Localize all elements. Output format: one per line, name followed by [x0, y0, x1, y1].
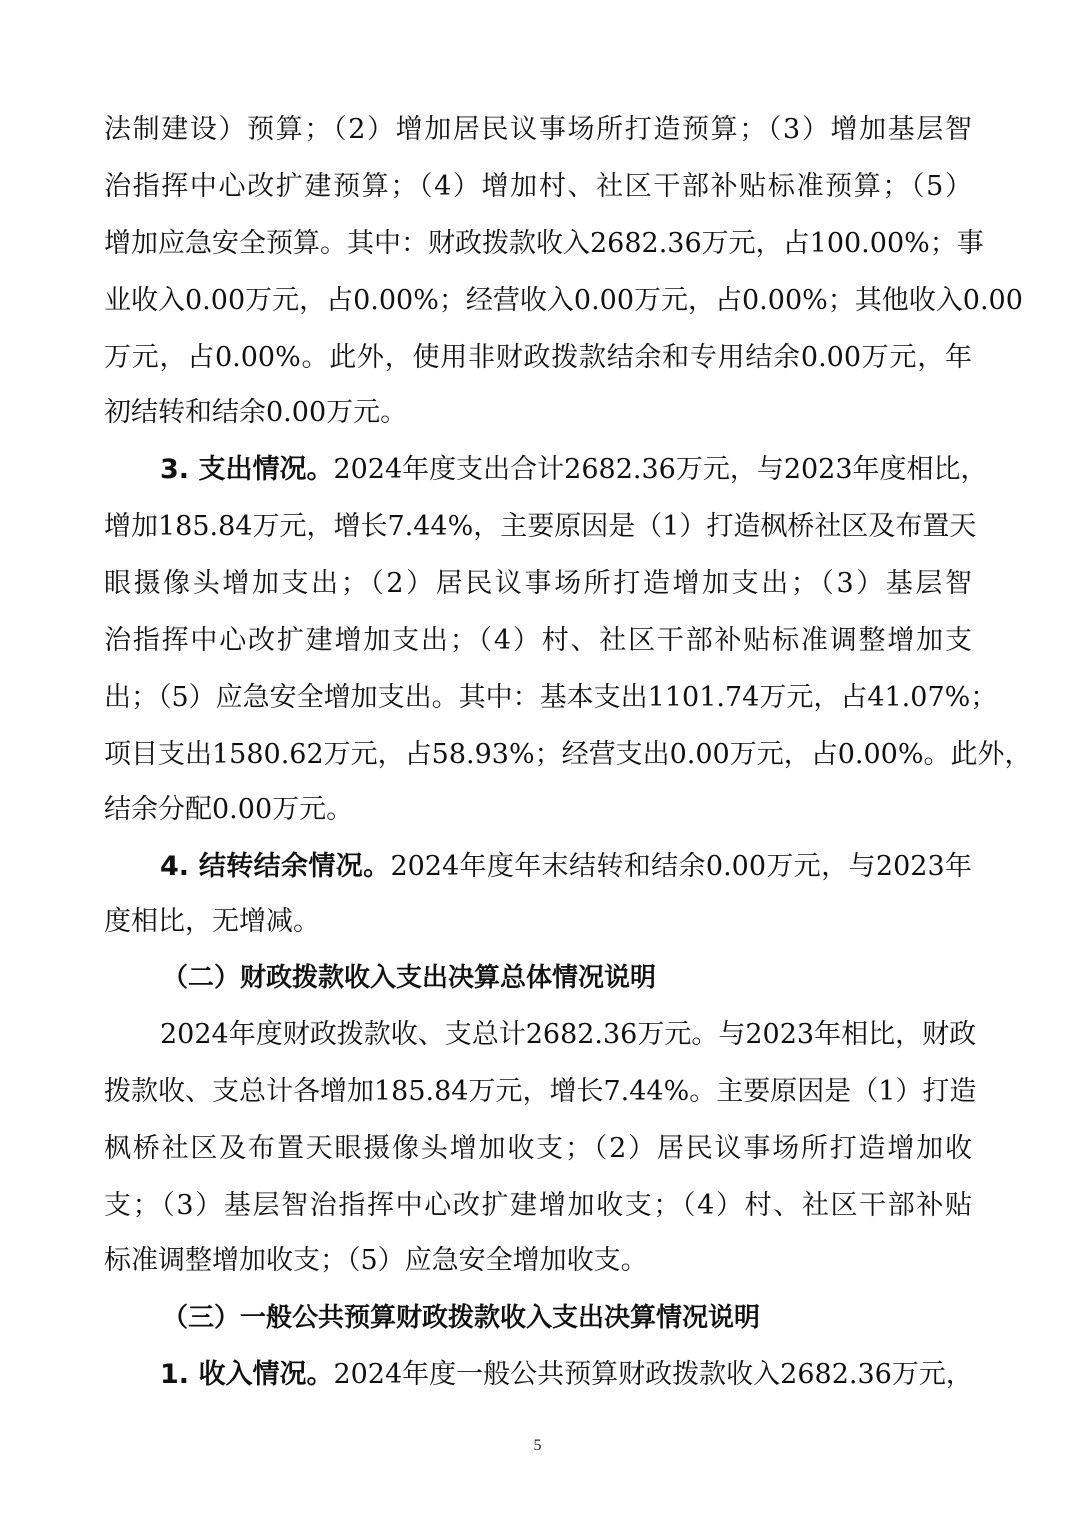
- text-line: 业收入0.00万元，占0.00%；经营收入0.00万元，占0.00%；其他收入0…: [104, 286, 972, 316]
- text-line: 出；（5）应急安全增加支出。其中：基本支出1101.74万元，占41.07%；: [104, 683, 972, 713]
- text-line: 万元，占0.00%。此外，使用非财政拨款结余和专用结余0.00万元，年: [104, 343, 972, 373]
- text-line: 法制建设）预算；（2）增加居民议事场所打造预算；（3）增加基层智: [104, 115, 972, 145]
- text-line: 结余分配0.00万元。: [104, 795, 972, 825]
- section-lead: 4. 结转结余情况。: [160, 851, 390, 882]
- text-line: 枫桥社区及布置天眼摄像头增加收支；（2）居民议事场所打造增加收: [104, 1134, 972, 1164]
- text-line: 初结转和结余0.00万元。: [104, 398, 972, 428]
- text-line: 标准调整增加收支；（5）应急安全增加收支。: [104, 1246, 972, 1276]
- text-line: 2024年度财政拨款收、支总计2682.36万元。与2023年相比，财政: [160, 1020, 972, 1050]
- section-heading: （三）一般公共预算财政拨款收入支出决算情况说明: [162, 1303, 760, 1333]
- text-line: 度相比，无增减。: [104, 907, 972, 937]
- section-lead: 1. 收入情况。: [160, 1359, 333, 1390]
- section-heading: （二）财政拨款收入支出决算总体情况说明: [162, 963, 656, 993]
- text-line: 增加185.84万元，增长7.44%，主要原因是（1）打造枫桥社区及布置天: [104, 512, 972, 542]
- text-line: 1. 收入情况。2024年度一般公共预算财政拨款收入2682.36万元，: [160, 1360, 972, 1390]
- section-lead: 3. 支出情况。: [160, 454, 333, 485]
- text-line: 拨款收、支总计各增加185.84万元，增长7.44%。主要原因是（1）打造: [104, 1077, 972, 1107]
- text-run: 2024年度年末结转和结余0.00万元，与2023年: [390, 851, 972, 882]
- text-run: 2024年度一般公共预算财政拨款收入2682.36万元，: [333, 1359, 972, 1390]
- text-line: 增加应急安全预算。其中：财政拨款收入2682.36万元，占100.00%；事: [104, 229, 972, 259]
- text-line: 治指挥中心改扩建预算；（4）增加村、社区干部补贴标准预算；（5）: [104, 172, 972, 202]
- text-line: 项目支出1580.62万元，占58.93%；经营支出0.00万元，占0.00%。…: [104, 740, 972, 770]
- text-line: 治指挥中心改扩建增加支出；（4）村、社区干部补贴标准调整增加支: [104, 626, 972, 656]
- text-line: 3. 支出情况。2024年度支出合计2682.36万元，与2023年度相比，: [160, 455, 972, 485]
- text-line: 支；（3）基层智治指挥中心改扩建增加收支；（4）村、社区干部补贴: [104, 1191, 972, 1221]
- document-page: 法制建设）预算；（2）增加居民议事场所打造预算；（3）增加基层智 治指挥中心改扩…: [0, 0, 1075, 1520]
- text-line: 4. 结转结余情况。2024年度年末结转和结余0.00万元，与2023年: [160, 852, 972, 882]
- text-run: 2024年度支出合计2682.36万元，与2023年度相比，: [333, 454, 987, 485]
- text-line: 眼摄像头增加支出；（2）居民议事场所打造增加支出；（3）基层智: [104, 569, 972, 599]
- page-number: 5: [0, 1437, 1075, 1455]
